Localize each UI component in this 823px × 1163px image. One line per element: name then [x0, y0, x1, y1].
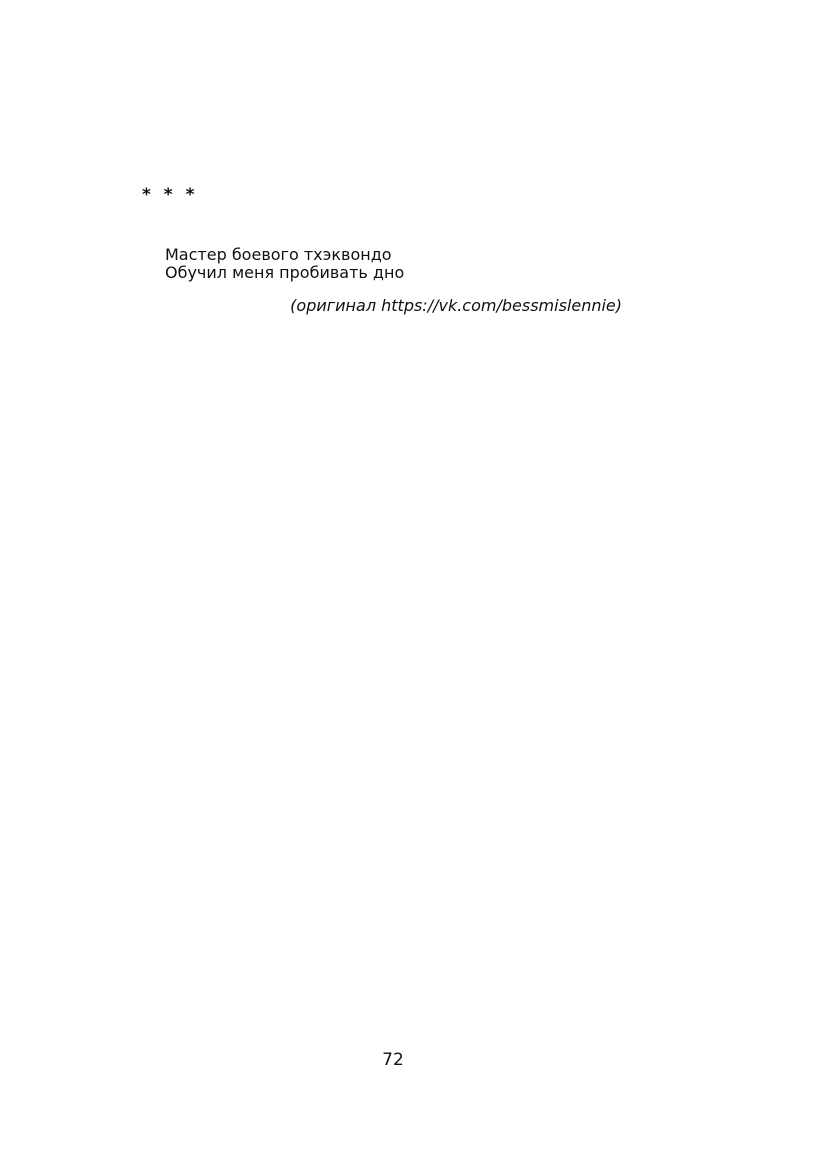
poem-line: Мастер боевого тхэквондо [165, 246, 404, 264]
poem-attribution: (оригинал https://vk.com/bessmislennie) [290, 296, 622, 316]
poem: Мастер боевого тхэквондо Обучил меня про… [165, 246, 404, 282]
page-number: 72 [0, 1049, 786, 1071]
section-separator: * * * [142, 184, 198, 206]
poem-line: Обучил меня пробивать дно [165, 264, 404, 282]
